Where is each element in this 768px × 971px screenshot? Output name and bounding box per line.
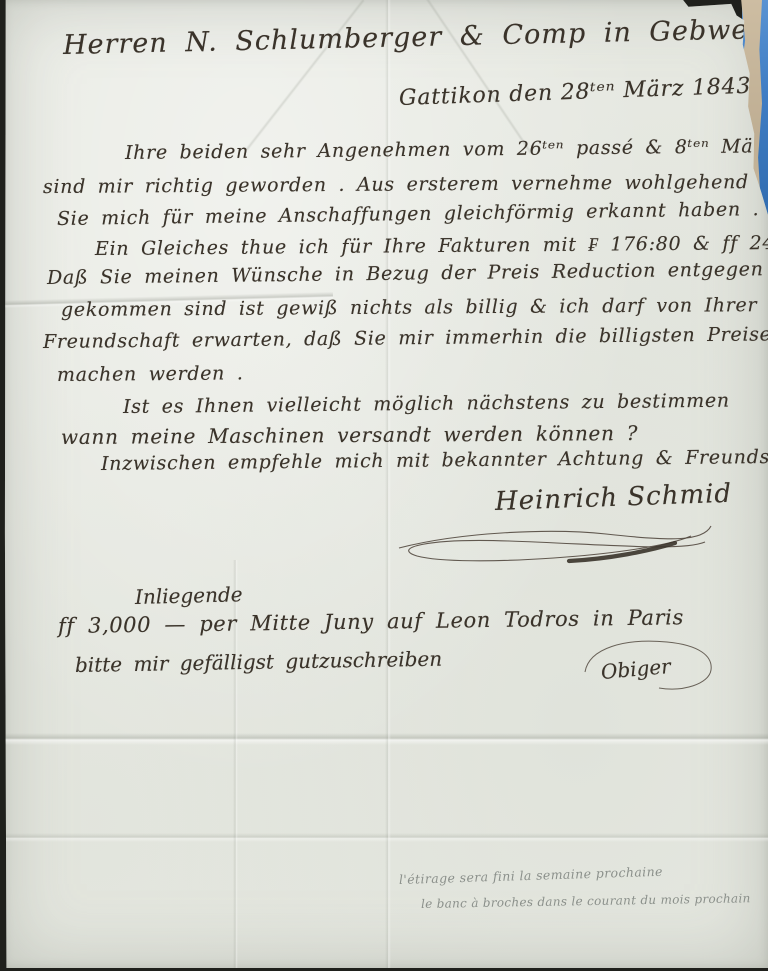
scanned-letter-page: { "document": { "kind": "handwritten bus…	[0, 0, 768, 971]
postscript-line: ff 3,000 — per Mitte Juny auf Leon Todro…	[58, 605, 684, 638]
pencil-note-line: le banc à broches dans le courant du moi…	[421, 891, 751, 911]
signature-flourish	[391, 514, 726, 576]
letter-line: Sie mich für meine Anschaffungen gleichf…	[57, 198, 760, 230]
letter-line: Ist es Ihnen vielleicht möglich nächsten…	[123, 390, 730, 418]
letter-line: Ihre beiden sehr Angenehmen vom 26ᵗᵉⁿ pa…	[125, 135, 768, 164]
letter-line: Inzwischen empfehle mich mit bekannter A…	[101, 445, 768, 475]
fold-crease-horizontal	[3, 733, 768, 745]
letter-line: machen werden .	[57, 362, 244, 386]
fold-crease-horizontal-lower	[3, 833, 768, 842]
letter-line: Ein Gleiches thue ich für Ihre Fakturen …	[95, 232, 768, 261]
letter-line: Daß Sie meinen Wünsche in Bezug der Prei…	[47, 258, 764, 289]
letter-sheet: Herren N. Schlumberger & Comp in Gebweil…	[3, 0, 768, 968]
pencil-note-line: l'étirage sera fini la semaine prochaine	[399, 864, 663, 887]
letter-line: Freundschaft erwarten, daß Sie mir immer…	[43, 323, 768, 353]
dateline: Gattikon den 28ᵗᵉⁿ März 1843	[399, 74, 752, 111]
recipient-line: Herren N. Schlumberger & Comp in Gebweil…	[63, 13, 768, 61]
postscript-line: bitte mir gefälligst gutzuschreiben	[75, 647, 443, 677]
postscript-line: Inliegende	[135, 582, 243, 609]
letter-line: wann meine Maschinen versandt werden kön…	[61, 421, 638, 449]
signature: Heinrich Schmid	[494, 479, 732, 517]
letter-line: sind mir richtig geworden . Aus ersterem…	[43, 171, 768, 198]
letter-line: gekommen sind ist gewiß nichts als billi…	[61, 294, 757, 321]
